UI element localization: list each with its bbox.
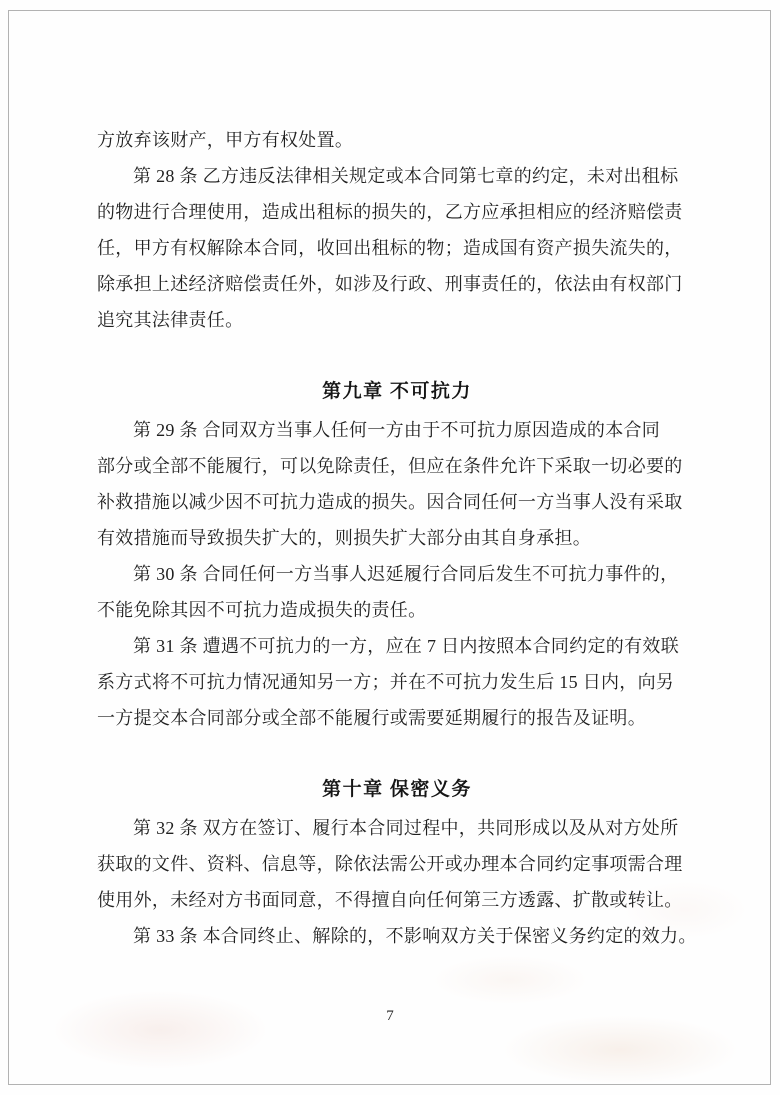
text-line: 第 30 条 合同任何一方当事人迟延履行合同后发生不可抗力事件的， [97, 556, 697, 592]
paragraph: 第 28 条 乙方违反法律相关规定或本合同第七章的约定，未对出租标的物进行合理使… [97, 158, 697, 338]
text-line: 有效措施而导致损失扩大的，则损失扩大部分由其自身承担。 [97, 520, 697, 556]
text-line: 的物进行合理使用，造成出租标的损失的，乙方应承担相应的经济赔偿责 [97, 194, 697, 230]
scan-smudge [430, 955, 590, 1005]
text-line: 不能免除其因不可抗力造成损失的责任。 [97, 592, 697, 628]
text-line: 第 32 条 双方在签订、履行本合同过程中，共同形成以及从对方处所 [97, 810, 697, 846]
text-line: 第 31 条 遭遇不可抗力的一方，应在 7 日内按照本合同约定的有效联 [97, 628, 697, 664]
text-line: 获取的文件、资料、信息等，除依法需公开或办理本合同约定事项需合理 [97, 846, 697, 882]
text-line: 第 33 条 本合同终止、解除的，不影响双方关于保密义务约定的效力。 [97, 918, 697, 954]
contract-scan-page: 方放弃该财产，甲方有权处置。第 28 条 乙方违反法律相关规定或本合同第七章的约… [0, 0, 780, 1095]
paragraph: 第 31 条 遭遇不可抗力的一方，应在 7 日内按照本合同约定的有效联系方式将不… [97, 628, 697, 736]
page-number: 7 [0, 1006, 780, 1026]
text-line: 使用外，未经对方书面同意，不得擅自向任何第三方透露、扩散或转让。 [97, 882, 697, 918]
scan-smudge [50, 990, 270, 1070]
paragraph: 第 33 条 本合同终止、解除的，不影响双方关于保密义务约定的效力。 [97, 918, 697, 954]
text-line: 任，甲方有权解除本合同，收回出租标的物；造成国有资产损失流失的， [97, 230, 697, 266]
text-line: 方放弃该财产，甲方有权处置。 [97, 122, 697, 158]
paragraph: 第 32 条 双方在签订、履行本合同过程中，共同形成以及从对方处所获取的文件、资… [97, 810, 697, 918]
text-line: 除承担上述经济赔偿责任外，如涉及行政、刑事责任的，依法由有权部门 [97, 266, 697, 302]
text-line: 第 29 条 合同双方当事人任何一方由于不可抗力原因造成的本合同 [97, 412, 697, 448]
paragraph: 第 29 条 合同双方当事人任何一方由于不可抗力原因造成的本合同部分或全部不能履… [97, 412, 697, 556]
text-line: 一方提交本合同部分或全部不能履行或需要延期履行的报告及证明。 [97, 700, 697, 736]
text-line: 追究其法律责任。 [97, 302, 697, 338]
paragraph: 方放弃该财产，甲方有权处置。 [97, 122, 697, 158]
chapter-heading: 第九章 不可抗力 [97, 374, 697, 410]
text-line: 部分或全部不能履行，可以免除责任，但应在条件允许下采取一切必要的 [97, 448, 697, 484]
paragraph: 第 30 条 合同任何一方当事人迟延履行合同后发生不可抗力事件的，不能免除其因不… [97, 556, 697, 628]
document-content: 方放弃该财产，甲方有权处置。第 28 条 乙方违反法律相关规定或本合同第七章的约… [97, 122, 697, 954]
text-line: 系方式将不可抗力情况通知另一方；并在不可抗力发生后 15 日内，向另 [97, 664, 697, 700]
chapter-heading: 第十章 保密义务 [97, 772, 697, 808]
text-line: 第 28 条 乙方违反法律相关规定或本合同第七章的约定，未对出租标 [97, 158, 697, 194]
text-line: 补救措施以减少因不可抗力造成的损失。因合同任何一方当事人没有采取 [97, 484, 697, 520]
